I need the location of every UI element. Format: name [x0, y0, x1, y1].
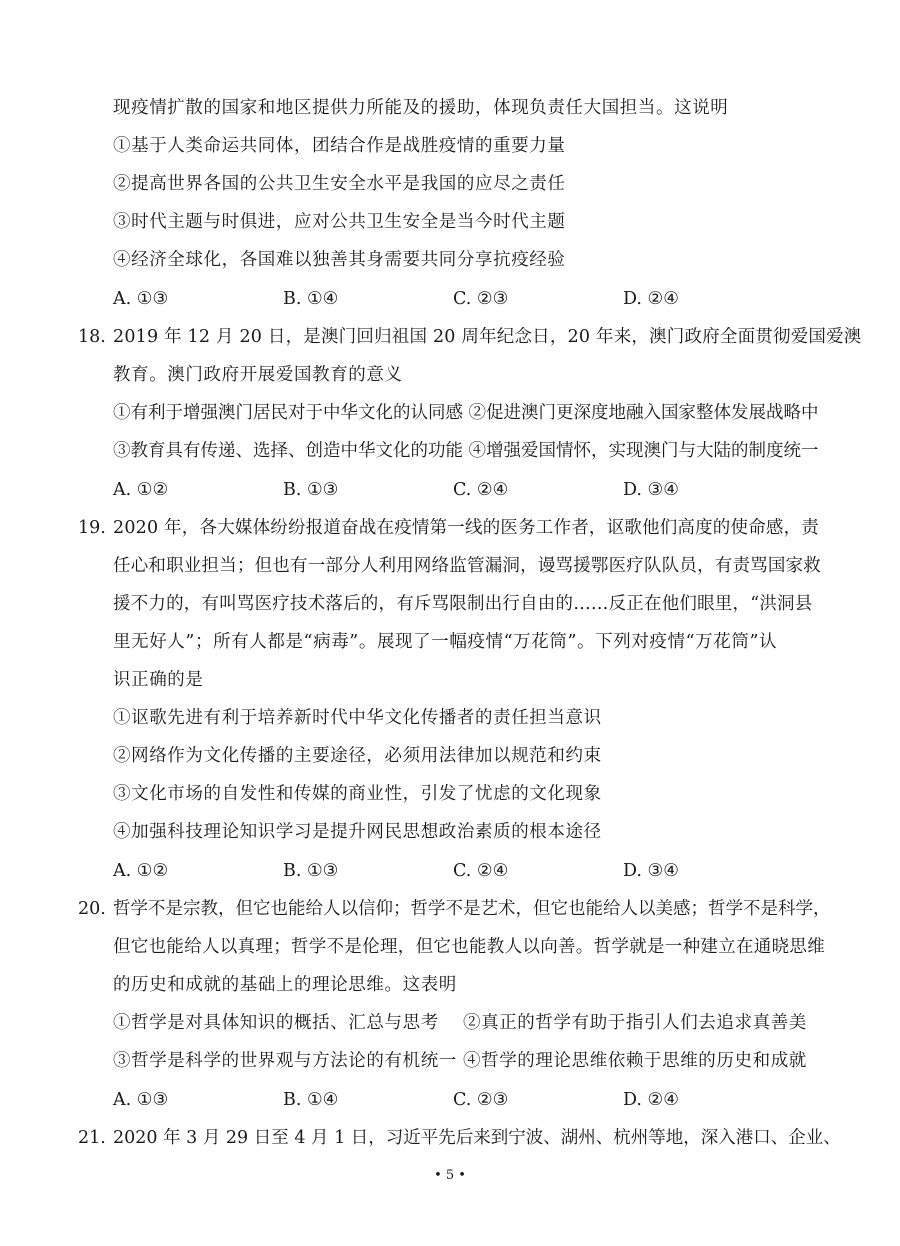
question-stem-line: 2020 年 3 月 29 日至 4 月 1 日，习近平先后来到宁波、湖州、杭州… — [113, 1127, 841, 1149]
question-number: 19. — [78, 517, 106, 539]
question-stem-line: 援不力的，有叫骂医疗技术落后的，有斥骂限制出行自由的……反正在他们眼里，“洪洞县 — [113, 593, 812, 615]
choice-c: C. ②③ — [453, 1089, 508, 1111]
statement-1: ①讴歌先进有利于培养新时代中华文化传播者的责任担当意识 — [113, 707, 602, 729]
statement-2: ②真正的哲学有助于指引人们去追求真善美 — [463, 1012, 807, 1034]
choice-b: B. ①④ — [283, 1089, 338, 1111]
question-stem-line: 2019 年 12 月 20 日，是澳门回归祖国 20 周年纪念日，20 年来，… — [113, 326, 862, 348]
choice-c: C. ②③ — [453, 288, 508, 310]
question-stem-line: 识正确的是 — [113, 669, 204, 691]
choice-a: A. ①② — [113, 479, 168, 501]
statement-1: ①哲学是对具体知识的概括、汇总与思考 — [113, 1012, 439, 1034]
choice-d: D. ②④ — [623, 288, 679, 310]
question-number: 18. — [78, 326, 106, 348]
question-number: 20. — [78, 898, 106, 920]
statement-2: ②网络作为文化传播的主要途径，必须用法律加以规范和约束 — [113, 745, 602, 767]
statement-row-1: ①有利于增强澳门居民对于中华文化的认同感 ②促进澳门更深度地融入国家整体发展战略… — [113, 402, 819, 424]
question-number: 21. — [78, 1127, 106, 1149]
question-stem-line: 2020 年，各大媒体纷纷报道奋战在疫情第一线的医务工作者，讴歌他们高度的使命感… — [113, 517, 819, 539]
statement-row-2: ③教育具有传递、选择、创造中华文化的功能 ④增强爱国情怀，实现澳门与大陆的制度统… — [113, 440, 819, 462]
choice-a: A. ①③ — [113, 288, 168, 310]
question-stem-line: 里无好人”；所有人都是“病毒”。展现了一幅疫情“万花筒”。下列对疫情“万花筒”认 — [113, 631, 777, 653]
choice-c: C. ②④ — [453, 860, 508, 882]
statement-3: ③时代主题与时俱进，应对公共卫生安全是当今时代主题 — [113, 211, 566, 233]
question-stem-line: 现疫情扩散的国家和地区提供力所能及的援助，体现负责任大国担当。这说明 — [113, 97, 728, 119]
choice-b: B. ①④ — [283, 288, 338, 310]
question-stem-line: 教育。澳门政府开展爱国教育的意义 — [113, 364, 403, 386]
statement-2: ②提高世界各国的公共卫生安全水平是我国的应尽之责任 — [113, 173, 566, 195]
statement-1: ①基于人类命运共同体，团结合作是战胜疫情的重要力量 — [113, 135, 566, 157]
choice-b: B. ①③ — [283, 860, 338, 882]
choice-a: A. ①② — [113, 860, 168, 882]
choice-d: D. ③④ — [623, 479, 679, 501]
question-stem-line: 任心和职业担当；但也有一部分人利用网络监管漏洞，谩骂援鄂医疗队队员，有责骂国家救 — [113, 555, 821, 577]
question-stem-line: 但它也能给人以真理；哲学不是伦理，但它也能教人以向善。哲学就是一种建立在通晓思维 — [113, 936, 825, 958]
statement-4: ④加强科技理论知识学习是提升网民思想政治素质的根本途径 — [113, 821, 602, 843]
choice-c: C. ②④ — [453, 479, 508, 501]
statement-3: ③哲学是科学的世界观与方法论的有机统一 — [113, 1050, 457, 1072]
page-number: • 5 • — [0, 1168, 900, 1183]
question-stem-line: 的历史和成就的基础上的理论思维。这表明 — [113, 974, 457, 996]
question-stem-line: 哲学不是宗教，但它也能给人以信仰；哲学不是艺术，但它也能给人以美感；哲学不是科学… — [113, 898, 831, 920]
choice-d: D. ②④ — [623, 1089, 679, 1111]
choice-b: B. ①③ — [283, 479, 338, 501]
choice-d: D. ③④ — [623, 860, 679, 882]
choice-a: A. ①③ — [113, 1089, 168, 1111]
statement-4: ④哲学的理论思维依赖于思维的历史和成就 — [463, 1050, 807, 1072]
statement-4: ④经济全球化，各国难以独善其身需要共同分享抗疫经验 — [113, 249, 566, 271]
statement-3: ③文化市场的自发性和传媒的商业性，引发了忧虑的文化现象 — [113, 783, 602, 805]
exam-page: 现疫情扩散的国家和地区提供力所能及的援助，体现负责任大国担当。这说明 ①基于人类… — [0, 0, 900, 1246]
